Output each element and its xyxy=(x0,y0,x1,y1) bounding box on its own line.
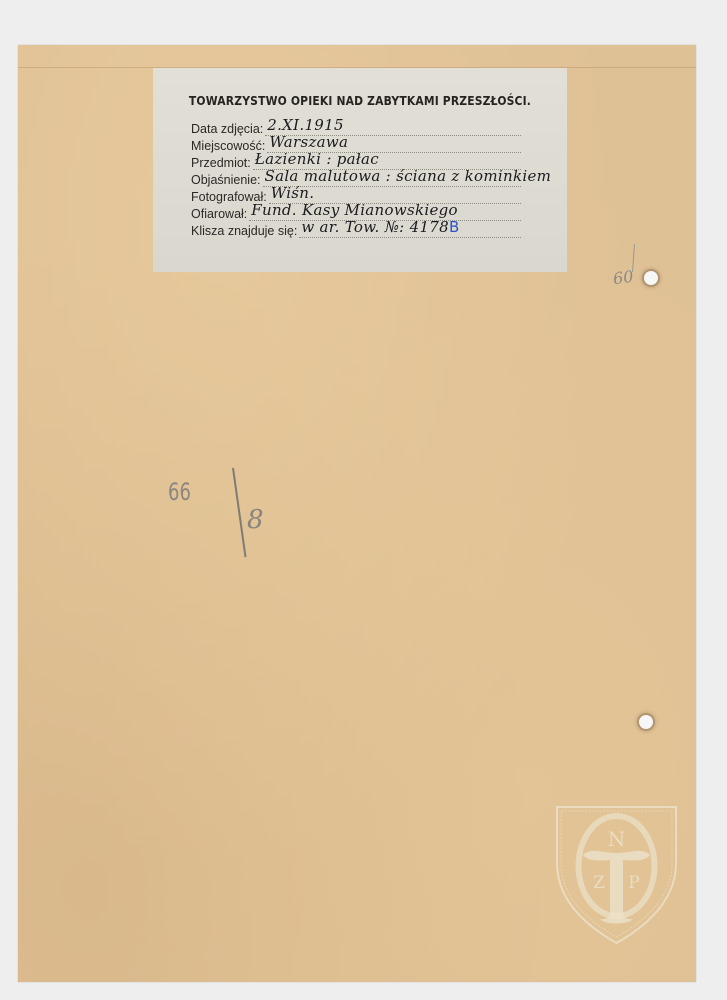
pencil-stroke xyxy=(632,244,635,272)
field-label: Objaśnienie: xyxy=(191,173,261,187)
field-label: Data zdjęcia: xyxy=(191,122,263,136)
field-label: Przedmiot: xyxy=(191,156,251,170)
svg-text:Z: Z xyxy=(593,873,605,893)
ntzp-shield-emblem-icon: N Z P xyxy=(553,803,680,945)
field-photo-date: Data zdjęcia: 2.XI.1915 xyxy=(191,119,521,136)
handwritten-value: Fund. Kasy Mianowskiego xyxy=(251,201,458,219)
catalog-sub-number: 8 xyxy=(247,505,264,535)
punch-hole-bottom xyxy=(639,715,653,729)
handwritten-value: Wiśn. xyxy=(271,184,315,202)
handwritten-value: Sala malutowa : ściana z kominkiem xyxy=(265,167,552,185)
handwritten-value: 2.XI.1915 xyxy=(267,116,344,134)
field-value-line: w ar. Tow. №: 4178B xyxy=(299,220,521,238)
catalog-number: 66 xyxy=(168,478,191,506)
svg-text:P: P xyxy=(628,873,639,893)
label-title: TOWARZYSTWO OPIEKI NAD ZABYTKAMI PRZESZŁ… xyxy=(182,93,538,108)
handwritten-value: Warszawa xyxy=(269,133,348,151)
handwritten-value: w ar. Tow. №: 4178B xyxy=(301,218,459,236)
negative-number: w ar. Tow. №: 4178 xyxy=(301,218,449,236)
field-negative-location: Klisza znajduje się: w ar. Tow. №: 4178B xyxy=(191,221,521,238)
field-label: Klisza znajduje się: xyxy=(191,224,297,238)
pencil-note: 60 xyxy=(612,267,635,289)
svg-text:N: N xyxy=(608,827,626,851)
negative-suffix-blue: B xyxy=(449,218,460,236)
field-description: Objaśnienie: Sala malutowa : ściana z ko… xyxy=(191,170,521,187)
society-label: TOWARZYSTWO OPIEKI NAD ZABYTKAMI PRZESZŁ… xyxy=(153,68,567,272)
field-label: Ofiarował: xyxy=(191,207,247,221)
punch-hole-top xyxy=(644,271,658,285)
handwritten-value: Łazienki : pałac xyxy=(255,150,379,168)
